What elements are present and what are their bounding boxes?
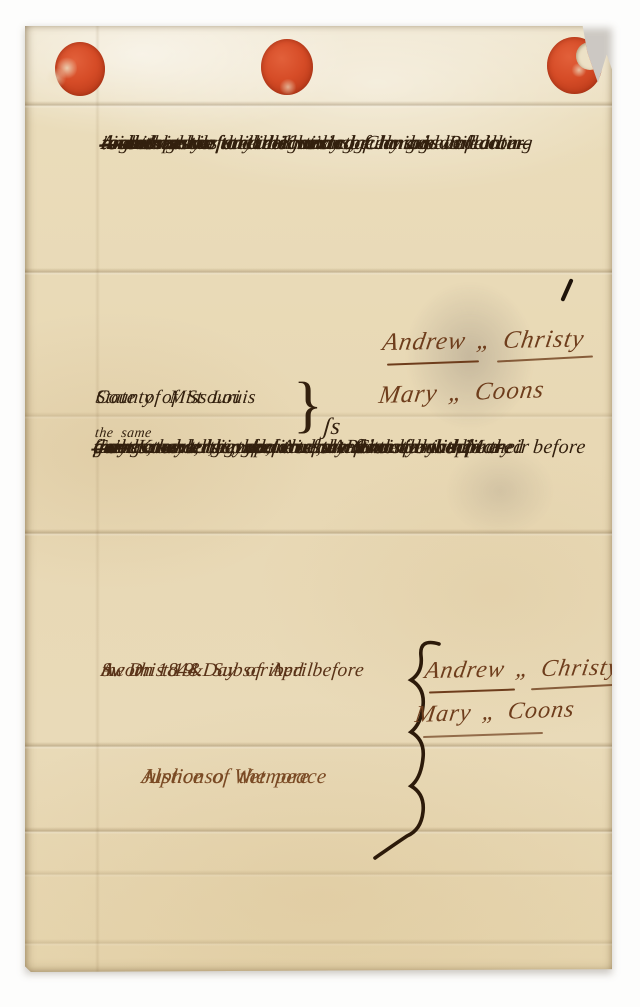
jurat-line: A. D. 1844. — [100, 656, 205, 686]
venue-brace: } — [293, 374, 323, 436]
ink-mark — [560, 278, 573, 302]
signature-andrew-christy-bottom: Andrew „ Christy — [423, 655, 622, 685]
fold-crease — [25, 870, 612, 877]
document-paper: And these defendants having fully answer… — [25, 26, 612, 972]
fold-crease — [25, 827, 612, 834]
scanned-document: And these defendants having fully answer… — [0, 0, 640, 1007]
signature-underline — [531, 684, 617, 690]
text-line: true — [92, 434, 129, 461]
signature-mary-coons-mid: Mary „ Coons — [377, 376, 546, 410]
officer-title: Justice of the peace — [140, 764, 328, 789]
fold-crease — [25, 101, 612, 108]
struck-text: nd — [117, 132, 140, 154]
fold-crease — [25, 268, 612, 275]
fold-crease-vertical — [95, 26, 100, 972]
text-line: from others, they believe the same to be — [92, 434, 456, 461]
wax-seal-center — [261, 39, 313, 95]
fold-crease — [25, 939, 612, 946]
wax-seal-left — [55, 42, 105, 96]
fold-crease — [25, 742, 612, 749]
signature-andrew-christy-top: Andrew „ Christy — [381, 325, 587, 357]
text-line: dismissed as to them within costs and — [100, 130, 140, 157]
venue-county: County of St Louis — [95, 386, 258, 409]
signature-mary-coons-bottom: Mary „ Coons — [413, 696, 576, 729]
